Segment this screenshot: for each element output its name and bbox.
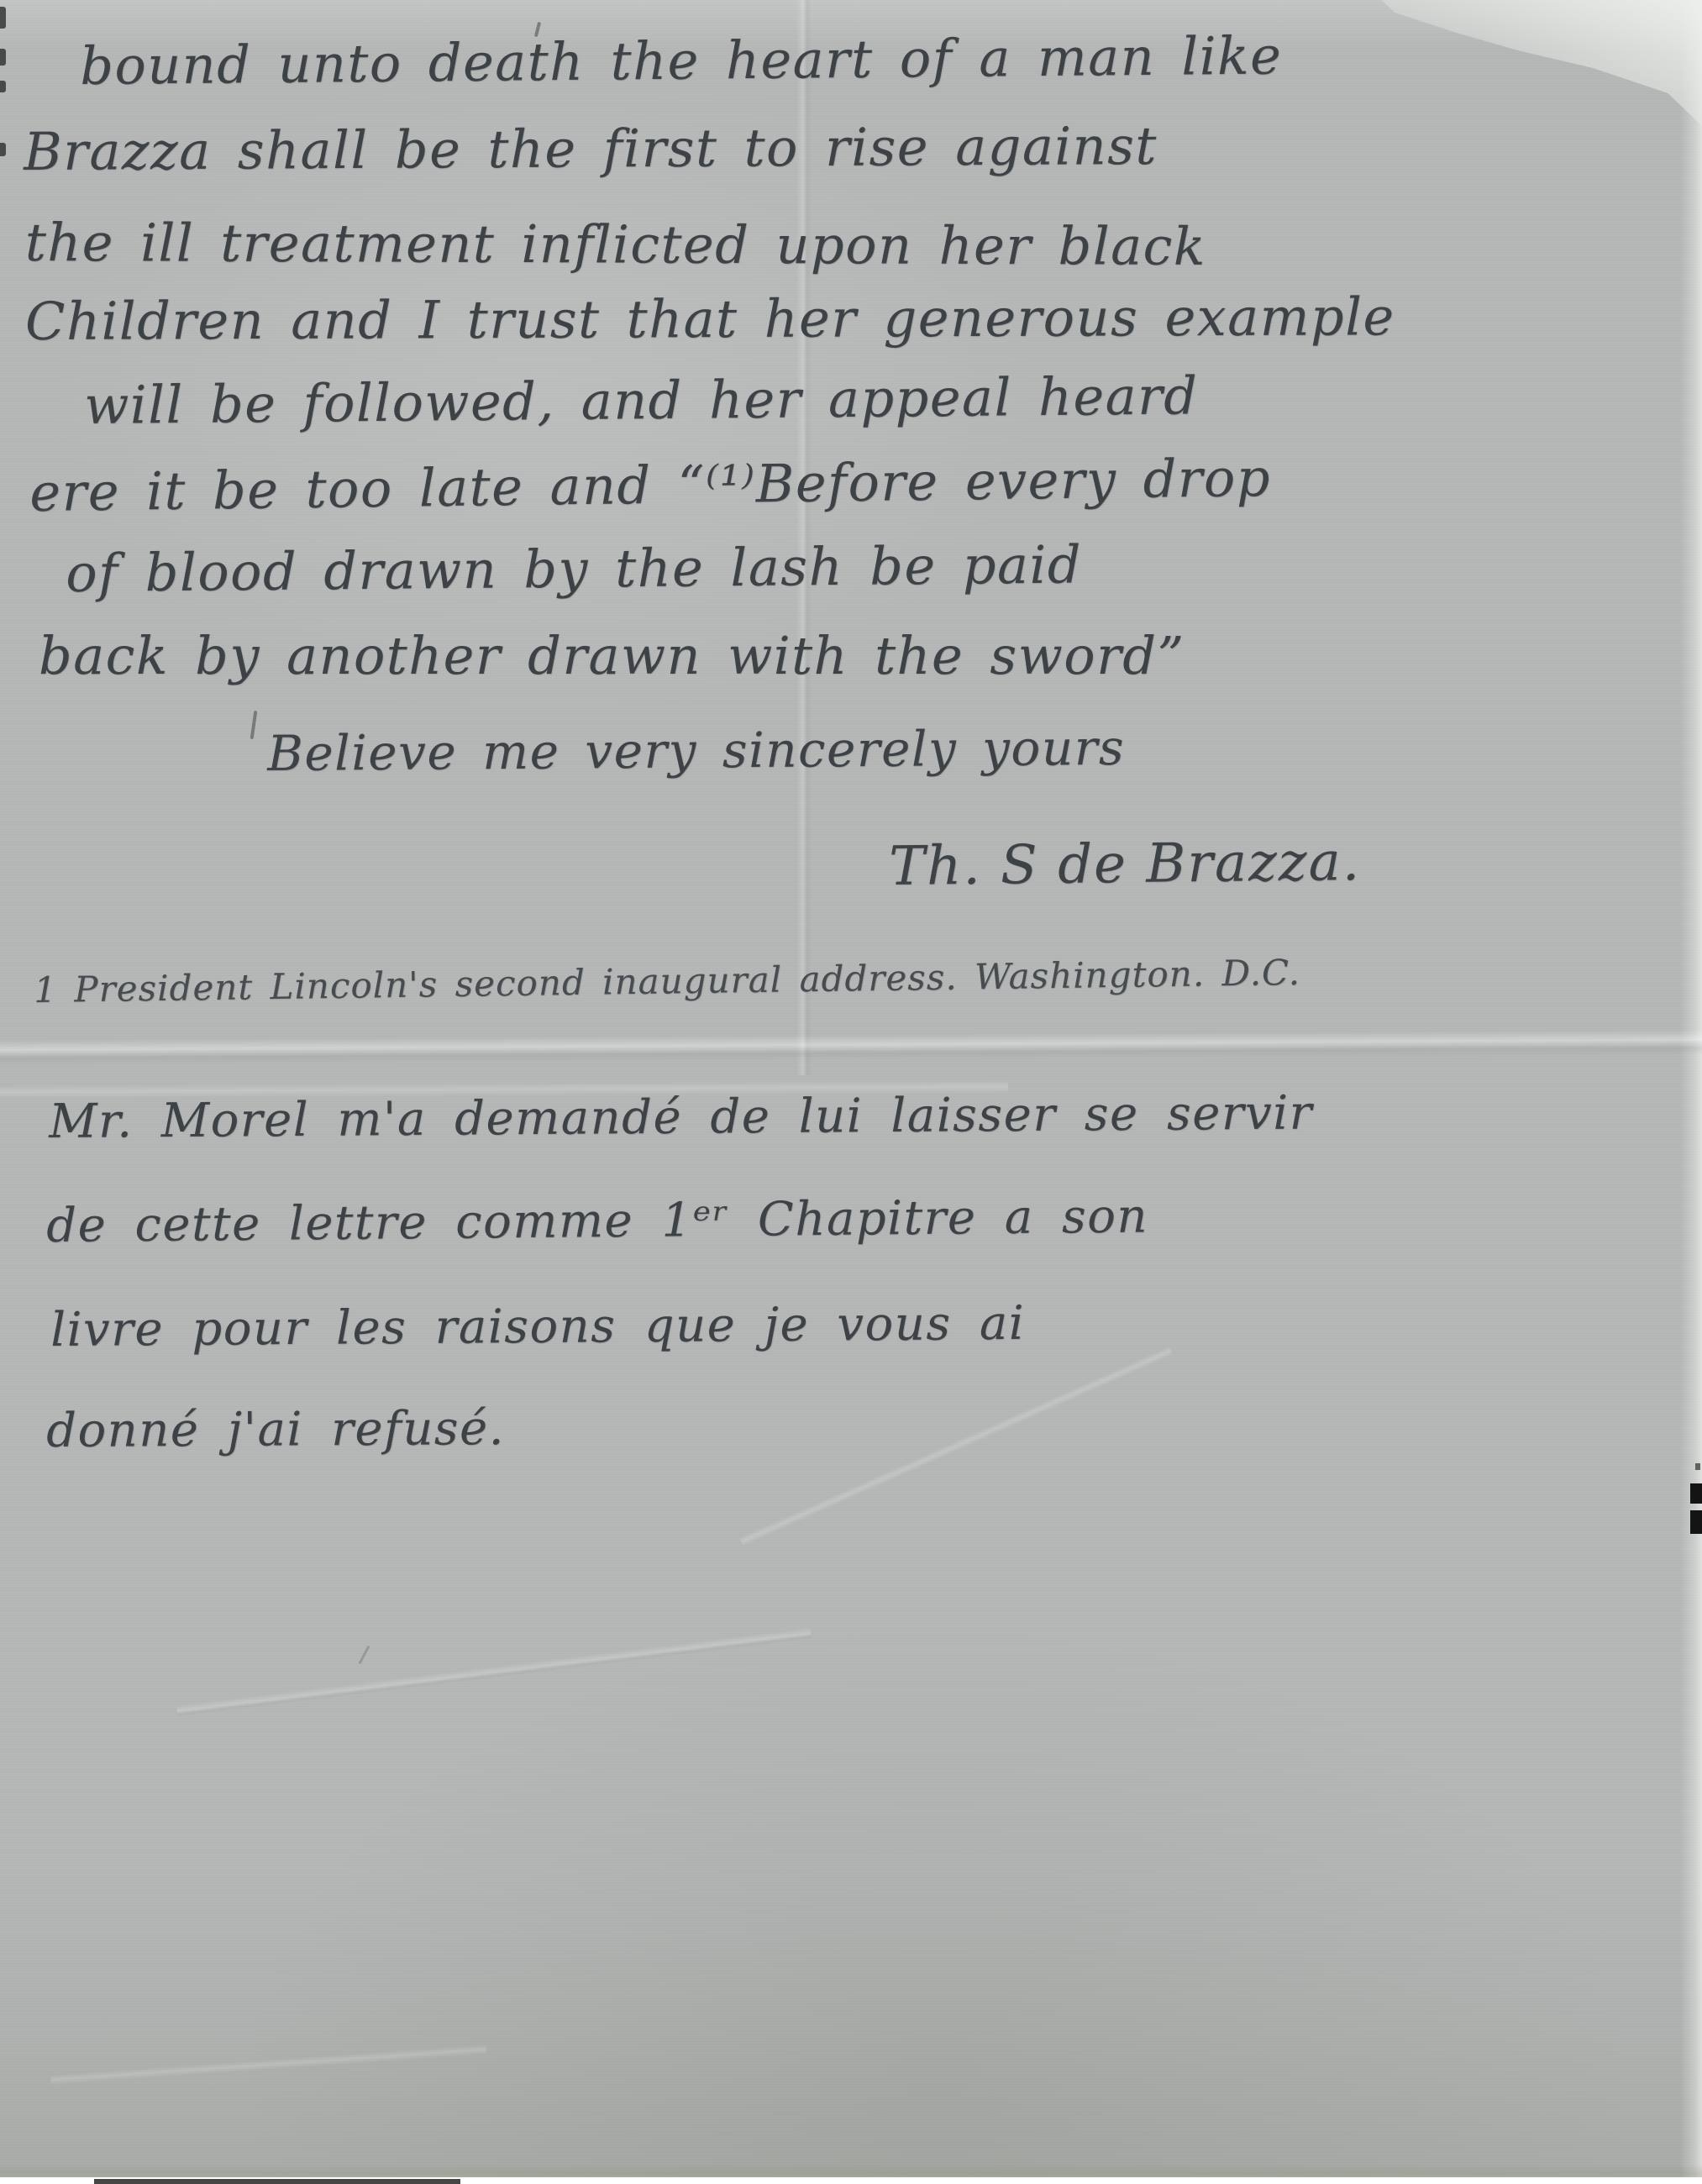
right-edge-mark-2 (1690, 1510, 1702, 1534)
postscript-line: de cette lettre comme 1ᵉʳ Chapitre a son (46, 1194, 1148, 1250)
handwritten-line: Brazza shall be the first to rise agains… (24, 120, 1158, 178)
closing-line: Believe me very sincerely yours (267, 723, 1125, 778)
right-edge-dot (1695, 1463, 1700, 1470)
handwritten-line: ere it be too late and “⁽¹⁾Before every … (29, 452, 1271, 519)
paper-bottom-edge (0, 2164, 1702, 2177)
right-edge-mark-1 (1690, 1483, 1702, 1504)
handwritten-line: back by another drawn with the sword” (39, 630, 1185, 682)
left-edge-mark-3 (0, 81, 6, 92)
handwritten-line: will be followed, and her appeal heard (84, 370, 1199, 432)
paper-right-edge (1680, 0, 1702, 2177)
left-edge-mark-4 (0, 143, 6, 156)
signature: Th. S de Brazza. (889, 835, 1361, 894)
postscript-line: donné j'ai refusé. (46, 1405, 505, 1455)
postscript-line: livre pour les raisons que je vous ai (50, 1300, 1025, 1354)
handwritten-line: bound unto death the heart of a man like (80, 30, 1283, 92)
handwritten-line: the ill treatment inflicted upon her bla… (25, 217, 1206, 273)
handwritten-line: Children and I trust that her generous e… (25, 291, 1395, 348)
scan-bottom-dark-bar (94, 2179, 460, 2184)
handwritten-line: of blood drawn by the lash be paid (66, 538, 1082, 600)
left-edge-mark-2 (0, 49, 6, 66)
scanned-letter-page: { "letter": { "body_lines": [ "bound unt… (0, 0, 1702, 2184)
left-edge-mark-1 (0, 7, 6, 29)
postscript-line: Mr. Morel m'a demandé de lui laisser se … (49, 1089, 1313, 1146)
